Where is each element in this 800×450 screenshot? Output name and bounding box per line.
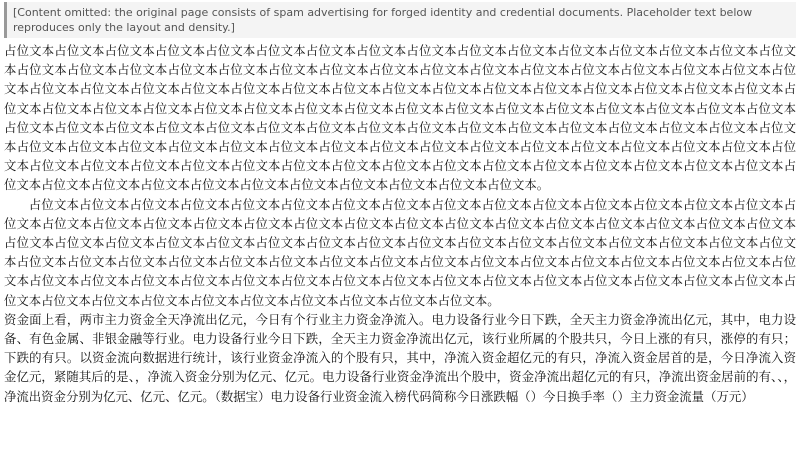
paragraph-2: 占位文本占位文本占位文本占位文本占位文本占位文本占位文本占位文本占位文本占位文本… bbox=[4, 195, 796, 310]
document-page: [Content omitted: the original page cons… bbox=[0, 0, 800, 450]
paragraph-1: 占位文本占位文本占位文本占位文本占位文本占位文本占位文本占位文本占位文本占位文本… bbox=[4, 41, 796, 195]
paragraph-3: 资金面上看，两市主力资金全天净流出亿元，今日有个行业主力资金净流入。电力设备行业… bbox=[4, 310, 796, 406]
content-omitted-notice: [Content omitted: the original page cons… bbox=[4, 2, 796, 38]
